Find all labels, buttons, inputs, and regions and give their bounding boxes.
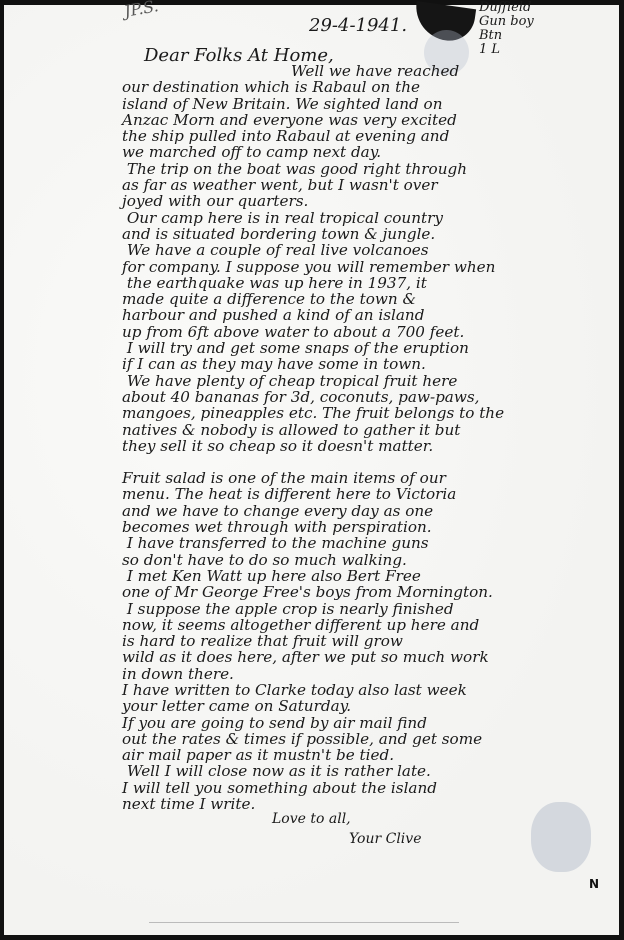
address-line: Btn [479, 29, 534, 43]
letter-line: harbour and pushed a kind of an island [122, 307, 504, 323]
letter-line: and is situated bordering town & jungle. [122, 226, 504, 242]
letter-line: next time I write. [122, 796, 504, 812]
letter-line: natives & nobody is allowed to gather it… [122, 422, 504, 438]
sender-address: Duffield Gun boy Btn 1 L [479, 1, 534, 57]
letter-line: I suppose the apple crop is nearly finis… [122, 601, 504, 617]
letter-line: wild as it does here, after we put so mu… [122, 649, 504, 665]
letter-line: is hard to realize that fruit will grow [122, 633, 504, 649]
margin-mark: N [589, 877, 599, 891]
thumbprint-stain [531, 802, 591, 872]
signature: Your Clive [349, 831, 421, 847]
letter-line: your letter came on Saturday. [122, 698, 504, 714]
letter-body: Well we have reachedour destination whic… [122, 63, 504, 812]
letter-line: We have a couple of real live volcanoes [122, 242, 504, 258]
letter-line: made quite a difference to the town & [122, 291, 504, 307]
letter-line: I met Ken Watt up here also Bert Free [122, 568, 504, 584]
letter-date: 29-4-1941. [309, 15, 407, 36]
letter-line: up from 6ft above water to about a 700 f… [122, 324, 504, 340]
letter-line: the ship pulled into Rabaul at evening a… [122, 128, 504, 144]
letter-line: about 40 bananas for 3d, coconuts, paw-p… [122, 389, 504, 405]
letter-line: Our camp here is in real tropical countr… [122, 210, 504, 226]
letter-line: I will try and get some snaps of the eru… [122, 340, 504, 356]
page-crease [149, 922, 459, 923]
corner-mark: JP.S. [123, 0, 160, 21]
paragraph-gap [122, 454, 504, 470]
letter-line: out the rates & times if possible, and g… [122, 731, 504, 747]
letter-line: our destination which is Rabaul on the [122, 79, 504, 95]
letter-line: If you are going to send by air mail fin… [122, 715, 504, 731]
letter-line: we marched off to camp next day. [122, 144, 504, 160]
letter-line: one of Mr George Free's boys from Mornin… [122, 584, 504, 600]
address-line: 1 L [479, 43, 534, 57]
letter-line: Anzac Morn and everyone was very excited [122, 112, 504, 128]
closing: Love to all, [272, 811, 351, 827]
letter-line: and we have to change every day as one [122, 503, 504, 519]
letter-line: so don't have to do so much walking. [122, 552, 504, 568]
letter-line: as far as weather went, but I wasn't ove… [122, 177, 504, 193]
letter-line: air mail paper as it mustn't be tied. [122, 747, 504, 763]
letter-page: JP.S. 29-4-1941. Duffield Gun boy Btn 1 … [4, 5, 619, 935]
letter-line: if I can as they may have some in town. [122, 356, 504, 372]
letter-line: We have plenty of cheap tropical fruit h… [122, 373, 504, 389]
letter-line: now, it seems altogether different up he… [122, 617, 504, 633]
letter-line: I will tell you something about the isla… [122, 780, 504, 796]
letter-line: becomes wet through with perspiration. [122, 519, 504, 535]
letter-line: mangoes, pineapples etc. The fruit belon… [122, 405, 504, 421]
letter-line: they sell it so cheap so it doesn't matt… [122, 438, 504, 454]
letter-line: Fruit salad is one of the main items of … [122, 470, 504, 486]
address-line: Gun boy [479, 15, 534, 29]
letter-line: island of New Britain. We sighted land o… [122, 96, 504, 112]
letter-line: joyed with our quarters. [122, 193, 504, 209]
letter-line: I have written to Clarke today also last… [122, 682, 504, 698]
letter-line: for company. I suppose you will remember… [122, 259, 504, 275]
letter-line: Well we have reached [122, 63, 504, 79]
letter-line: in down there. [122, 666, 504, 682]
letter-line: the earthquake was up here in 1937, it [122, 275, 504, 291]
letter-line: The trip on the boat was good right thro… [122, 161, 504, 177]
letter-line: Well I will close now as it is rather la… [122, 763, 504, 779]
letter-line: menu. The heat is different here to Vict… [122, 486, 504, 502]
letter-line: I have transferred to the machine guns [122, 535, 504, 551]
address-line: Duffield [479, 1, 534, 15]
